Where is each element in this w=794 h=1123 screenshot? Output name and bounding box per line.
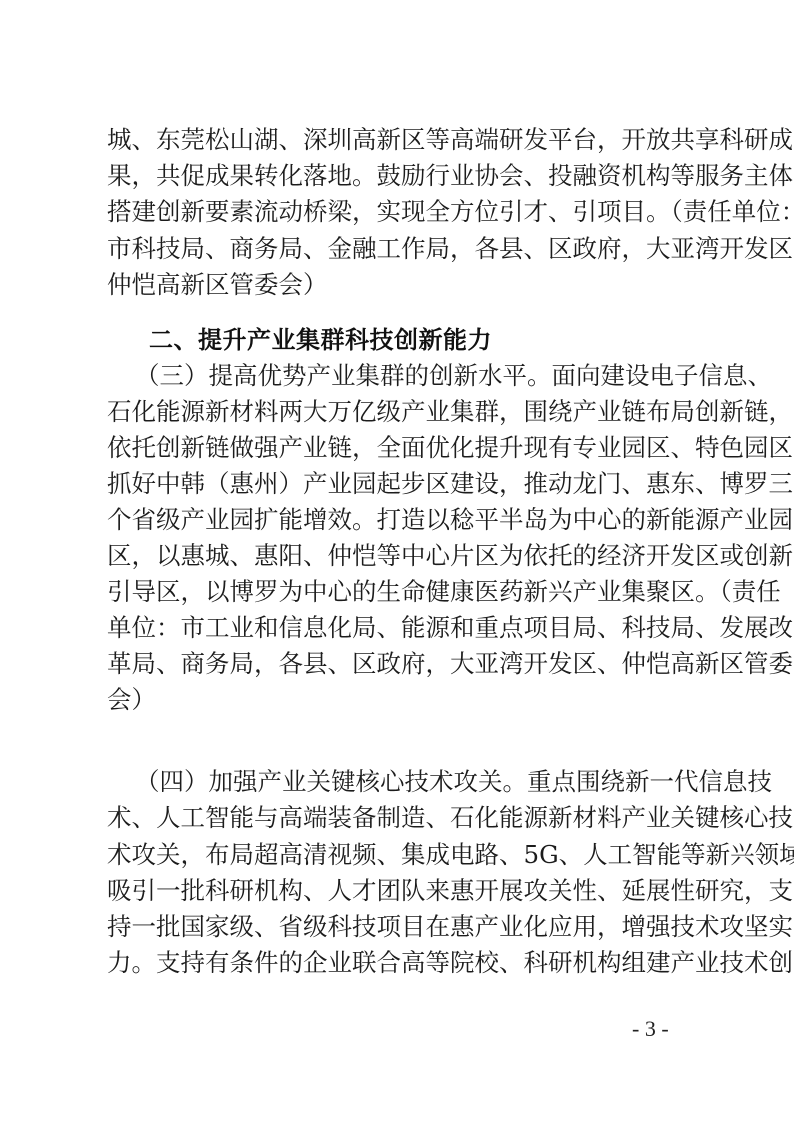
paragraph-lead-line: （四）加强产业关键核心技术攻关。重点围绕新一代信息技	[135, 764, 699, 800]
body-text-line: 城、东莞松山湖、深圳高新区等高端研发平台，开放共享科研成	[107, 122, 699, 158]
body-text-line: 抓好中韩（惠州）产业园起步区建设，推动龙门、惠东、博罗三	[107, 466, 699, 502]
body-text-line: 石化能源新材料两大万亿级产业集群，围绕产业链布局创新链，	[107, 394, 699, 430]
body-text-line: 力。支持有条件的企业联合高等院校、科研机构组建产业技术创	[107, 945, 699, 981]
body-text-line: 会）	[107, 682, 699, 718]
body-text-line: 搭建创新要素流动桥梁，实现全方位引才、引项目。（责任单位：	[107, 194, 699, 230]
body-text-line: 持一批国家级、省级科技项目在惠产业化应用，增强技术攻坚实	[107, 909, 699, 945]
body-text-line: 引导区，以博罗为中心的生命健康医药新兴产业集聚区。（责任	[107, 574, 699, 610]
body-text-line: 市科技局、商务局、金融工作局，各县、区政府，大亚湾开发区、	[107, 231, 699, 267]
paragraph-lead-line: （三）提高优势产业集群的创新水平。面向建设电子信息、	[135, 358, 699, 394]
body-text-line: 单位：市工业和信息化局、能源和重点项目局、科技局、发展改	[107, 610, 699, 646]
body-text-line: 吸引一批科研机构、人才团队来惠开展攻关性、延展性研究，支	[107, 873, 699, 909]
section-heading: 二、提升产业集群科技创新能力	[149, 322, 492, 358]
document-page: 城、东莞松山湖、深圳高新区等高端研发平台，开放共享科研成 果，共促成果转化落地。…	[0, 0, 794, 1123]
body-text-line: 术、人工智能与高端装备制造、石化能源新材料产业关键核心技	[107, 800, 699, 836]
body-text-line: 仲恺高新区管委会）	[107, 267, 699, 303]
body-text-line: 革局、商务局，各县、区政府，大亚湾开发区、仲恺高新区管委	[107, 646, 699, 682]
body-text-line: 依托创新链做强产业链，全面优化提升现有专业园区、特色园区。	[107, 430, 699, 466]
body-text-line: 果，共促成果转化落地。鼓励行业协会、投融资机构等服务主体，	[107, 158, 699, 194]
page-number: - 3 -	[632, 1016, 669, 1042]
body-text-line: 区，以惠城、惠阳、仲恺等中心片区为依托的经济开发区或创新	[107, 538, 699, 574]
body-text-line: 个省级产业园扩能增效。打造以稔平半岛为中心的新能源产业园	[107, 502, 699, 538]
body-text-line: 术攻关，布局超高清视频、集成电路、5G、人工智能等新兴领域，	[107, 837, 699, 873]
